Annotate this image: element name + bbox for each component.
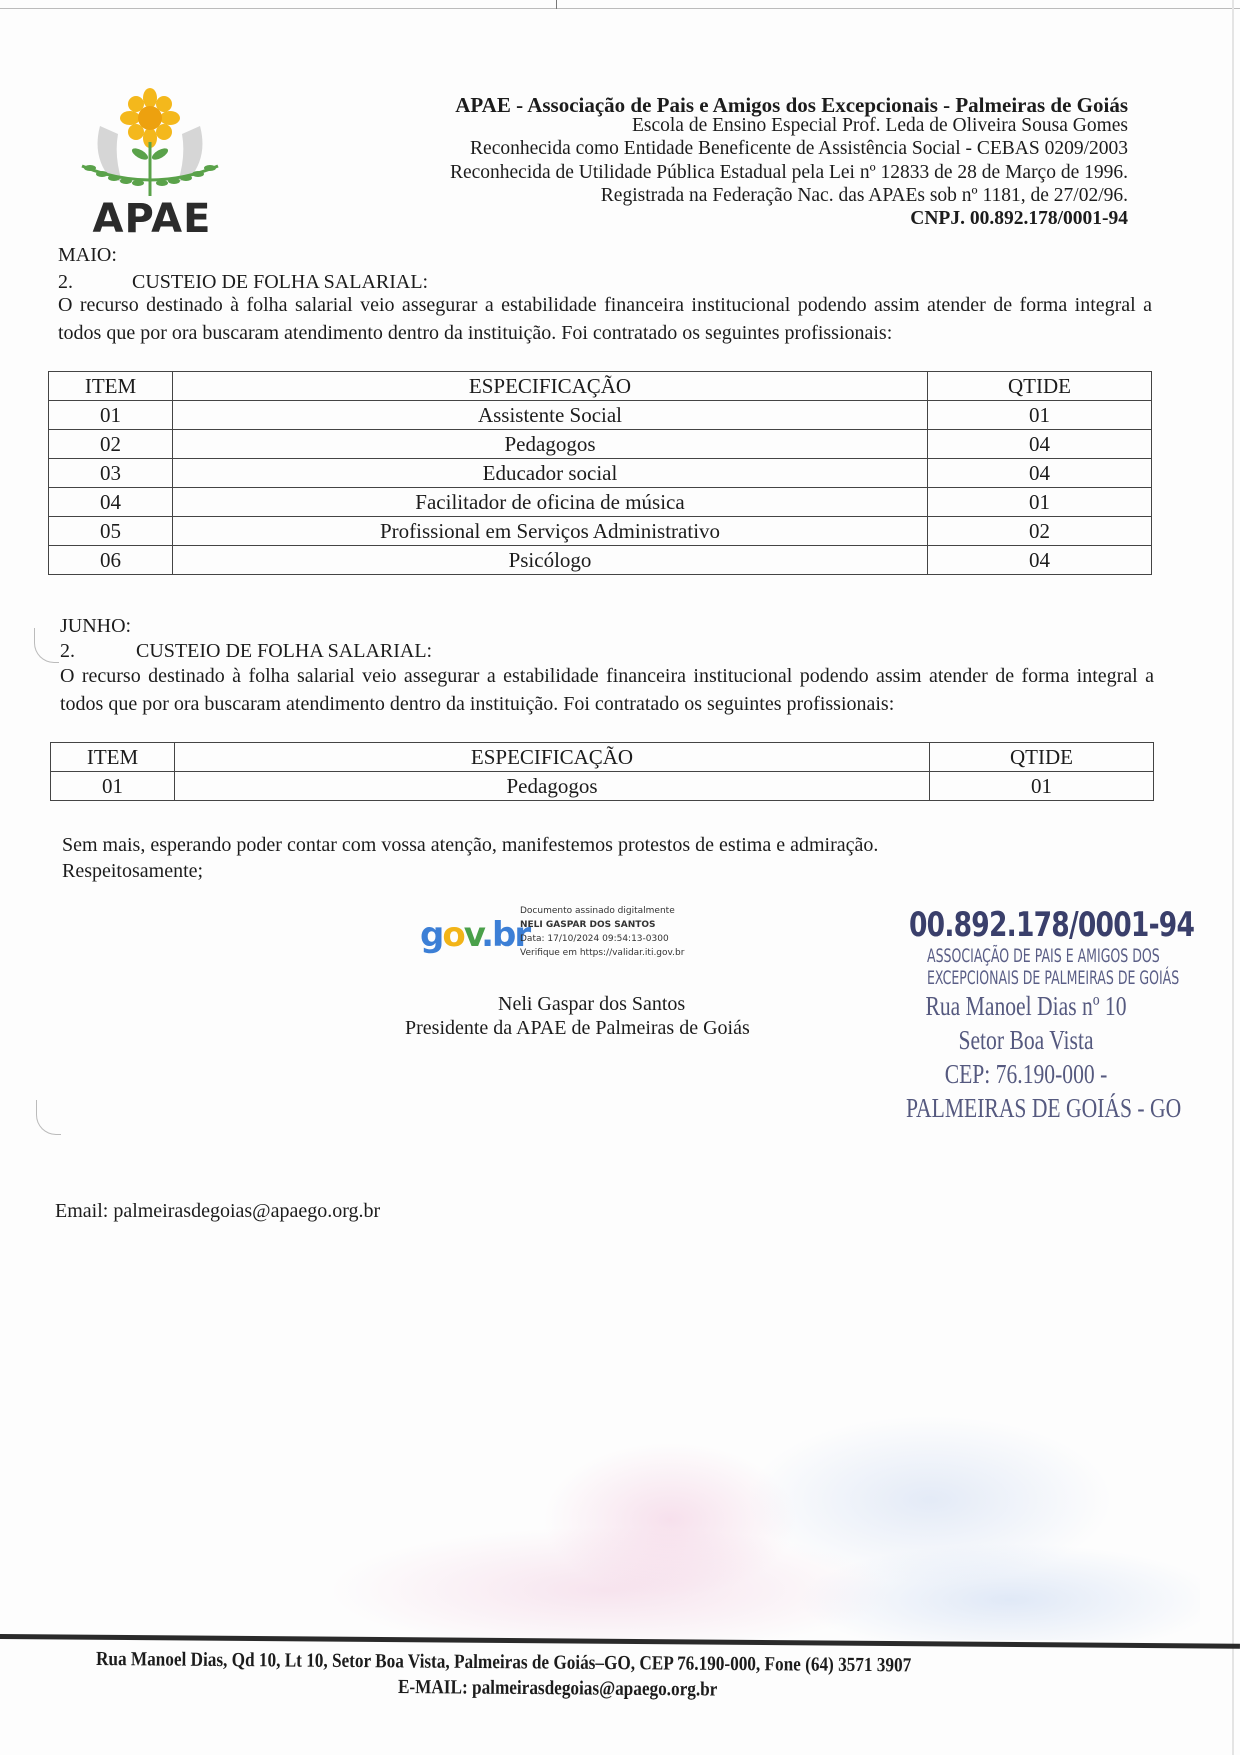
header-quantity: QTIDE (928, 372, 1152, 401)
spec-cell: Psicólogo (173, 546, 928, 575)
spec-cell: Pedagogos (173, 430, 928, 459)
item-cell: 01 (49, 401, 173, 430)
qty-cell: 01 (930, 772, 1154, 801)
spec-cell: Facilitador de oficina de música (173, 488, 928, 517)
item-cell: 04 (49, 488, 173, 517)
header-line-school: Escola de Ensino Especial Prof. Leda de … (632, 115, 1128, 137)
table-row: 01Assistente Social01 (49, 401, 1152, 430)
header-line-federation: Registrada na Federação Nac. das APAEs s… (601, 185, 1128, 207)
header-line-cebas: Reconhecida como Entidade Beneficente de… (470, 138, 1128, 160)
closing-text: Sem mais, esperando poder contar com vos… (62, 834, 878, 857)
signatory-name: Neli Gaspar dos Santos (498, 993, 685, 1016)
signature-verify-link[interactable]: Verifique em https://validar.iti.gov.br (520, 946, 684, 960)
stamp-cnpj: 00.892.178/0001-94 (909, 905, 1143, 945)
table-header-row: ITEM ESPECIFICAÇÃO QTIDE (51, 743, 1154, 772)
apae-logo-text: APAE (72, 196, 232, 242)
signature-signer: NELI GASPAR DOS SANTOS (520, 918, 684, 932)
section-number: 2. (60, 640, 75, 663)
header-line-public-utility: Reconhecida de Utilidade Pública Estadua… (450, 162, 1128, 184)
qty-cell: 04 (928, 430, 1152, 459)
stamp-line-3: Rua Manoel Dias nº 10 (906, 989, 1146, 1023)
item-cell: 05 (49, 517, 173, 546)
page-top-tick (556, 0, 557, 9)
stamp-line-4: Setor Boa Vista (906, 1023, 1146, 1057)
qty-cell: 01 (928, 401, 1152, 430)
header-cnpj: CNPJ. 00.892.178/0001-94 (910, 208, 1128, 230)
spec-cell: Assistente Social (173, 401, 928, 430)
stamp-line-1: ASSOCIAÇÃO DE PAIS E AMIGOS DOS (927, 945, 1125, 967)
signatory-role: Presidente da APAE de Palmeiras de Goiás (405, 1017, 750, 1040)
punch-hole-mark (34, 628, 59, 663)
stamp-line-5: CEP: 76.190-000 - (906, 1057, 1146, 1091)
spec-cell: Profissional em Serviços Administrativo (173, 517, 928, 546)
section-paragraph: O recurso destinado à folha salarial vei… (60, 662, 1154, 718)
table-row: 04Facilitador de oficina de música01 (49, 488, 1152, 517)
qty-cell: 04 (928, 546, 1152, 575)
footer-email: E-MAIL: palmeirasdegoias@apaego.org.br (398, 1676, 718, 1702)
table-row: 05Profissional em Serviços Administrativ… (49, 517, 1152, 546)
header-quantity: QTIDE (930, 743, 1154, 772)
spec-cell: Pedagogos (175, 772, 930, 801)
page-top-edge (0, 8, 1240, 9)
item-cell: 01 (51, 772, 175, 801)
table-row: 03Educador social04 (49, 459, 1152, 488)
qty-cell: 04 (928, 459, 1152, 488)
stamp-line-2: EXCEPCIONAIS DE PALMEIRAS DE GOIÁS (927, 967, 1125, 989)
header-specification: ESPECIFICAÇÃO (173, 372, 928, 401)
header-item: ITEM (51, 743, 175, 772)
staff-table-maio: ITEM ESPECIFICAÇÃO QTIDE 01Assistente So… (48, 371, 1152, 575)
table-header-row: ITEM ESPECIFICAÇÃO QTIDE (49, 372, 1152, 401)
staff-table-junho: ITEM ESPECIFICAÇÃO QTIDE 01Pedagogos01 (50, 742, 1154, 801)
institution-stamp: 00.892.178/0001-94 ASSOCIAÇÃO DE PAIS E … (876, 905, 1176, 1125)
section-paragraph: O recurso destinado à folha salarial vei… (58, 291, 1152, 347)
spec-cell: Educador social (173, 459, 928, 488)
item-cell: 03 (49, 459, 173, 488)
stamp-line-6: PALMEIRAS DE GOIÁS - GO (906, 1091, 1146, 1125)
punch-hole-mark (36, 1100, 61, 1135)
table-row: 02Pedagogos04 (49, 430, 1152, 459)
email-line: Email: palmeirasdegoias@apaego.org.br (55, 1200, 380, 1223)
section-month-maio: MAIO: (58, 244, 117, 267)
header-item: ITEM (49, 372, 173, 401)
ink-smudge (110, 1300, 1200, 1640)
page-right-edge (1232, 0, 1234, 1755)
qty-cell: 01 (928, 488, 1152, 517)
header-specification: ESPECIFICAÇÃO (175, 743, 930, 772)
digital-signature-block: Documento assinado digitalmente NELI GAS… (520, 904, 684, 960)
table-row: 01Pedagogos01 (51, 772, 1154, 801)
item-cell: 06 (49, 546, 173, 575)
qty-cell: 02 (928, 517, 1152, 546)
govbr-logo-icon: gov.br (420, 915, 529, 955)
item-cell: 02 (49, 430, 173, 459)
closing-salutation: Respeitosamente; (62, 860, 203, 883)
section-heading: CUSTEIO DE FOLHA SALARIAL: (136, 640, 432, 663)
signature-date: Data: 17/10/2024 09:54:13-0300 (520, 932, 684, 946)
section-month-junho: JUNHO: (60, 615, 131, 638)
table-row: 06Psicólogo04 (49, 546, 1152, 575)
signature-label: Documento assinado digitalmente (520, 904, 684, 918)
footer-address: Rua Manoel Dias, Qd 10, Lt 10, Setor Boa… (96, 1648, 911, 1677)
